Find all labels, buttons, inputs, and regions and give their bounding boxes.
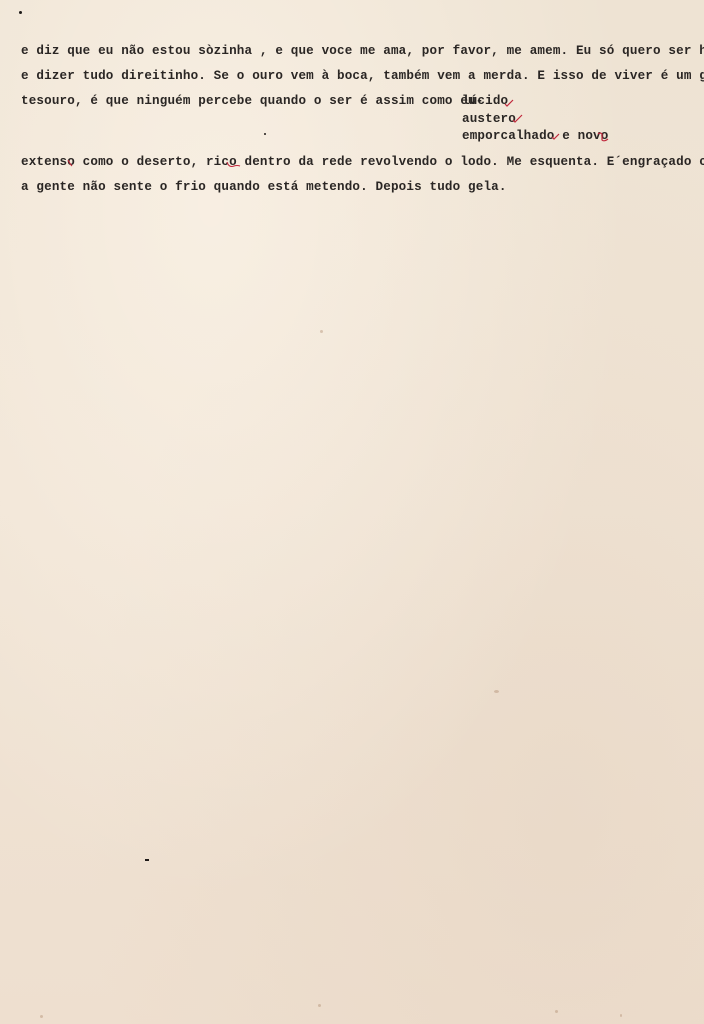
red-check-mark-icon — [551, 131, 563, 141]
text-line-1: e diz que eu não estou sòzinha , e que v… — [21, 45, 704, 58]
paper-speck — [320, 330, 323, 333]
red-correction-mark-icon — [226, 160, 242, 170]
paper-speck — [620, 1014, 622, 1017]
paper-speck — [555, 1010, 558, 1013]
corner-ink-dot — [19, 11, 22, 14]
text-line-5: a gente não sente o frio quando está met… — [21, 181, 507, 194]
stray-dot — [264, 133, 266, 135]
list-item-emporcalhado: emporcalhado e novo — [462, 130, 608, 143]
paper-speck — [494, 690, 499, 693]
text-line-3: tesouro, é que ninguém percebe quando o … — [21, 95, 483, 108]
list-item-lucido: lúcido — [462, 95, 508, 108]
text-line-2: e dizer tudo direitinho. Se o ouro vem à… — [21, 70, 704, 83]
stray-dash — [145, 859, 149, 861]
paper-speck — [40, 1015, 43, 1018]
red-hook-mark-icon — [596, 131, 612, 141]
list-item-austero: austero — [462, 113, 516, 126]
red-correction-mark-icon — [66, 158, 78, 168]
red-check-mark-icon — [504, 98, 516, 108]
paper-speck — [318, 1004, 321, 1007]
typewritten-page: e diz que eu não estou sòzinha , e que v… — [0, 0, 704, 1024]
text-line-4: extenso como o deserto, rico dentro da r… — [21, 156, 704, 169]
red-check-mark-icon — [512, 114, 524, 124]
